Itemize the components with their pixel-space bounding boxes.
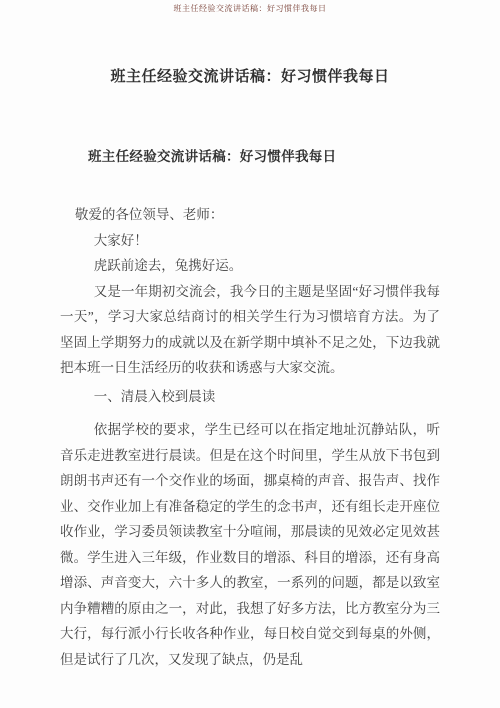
salutation-line: 敬爱的各位领导、老师： — [60, 202, 440, 228]
section-heading: 一、清晨入校到晨读 — [60, 384, 440, 410]
document-page: 班主任经验交流讲话稿：好习惯伴我每日 班主任经验交流讲话稿：好习惯伴我每日 班主… — [0, 0, 500, 708]
blessing-line: 虎跃前途去，兔携好运。 — [60, 253, 440, 279]
document-subtitle: 班主任经验交流讲话稿：好习惯伴我每日 — [88, 145, 336, 165]
intro-paragraph: 又是一年期初交流会，我今日的主题是坚固“好习惯伴我每一天”，学习大家总结商讨的相… — [60, 279, 440, 381]
greeting-line: 大家好！ — [60, 228, 440, 254]
section-paragraph: 依据学校的要求，学生已经可以在指定地址沉静站队，听音乐走进教室进行晨读。但是在这… — [60, 417, 440, 672]
running-header: 班主任经验交流讲话稿：好习惯伴我每日 — [0, 3, 500, 14]
document-title: 班主任经验交流讲话稿：好习惯伴我每日 — [0, 65, 500, 86]
document-body: 敬爱的各位领导、老师： 大家好！ 虎跃前途去，兔携好运。 又是一年期初交流会，我… — [60, 202, 440, 672]
